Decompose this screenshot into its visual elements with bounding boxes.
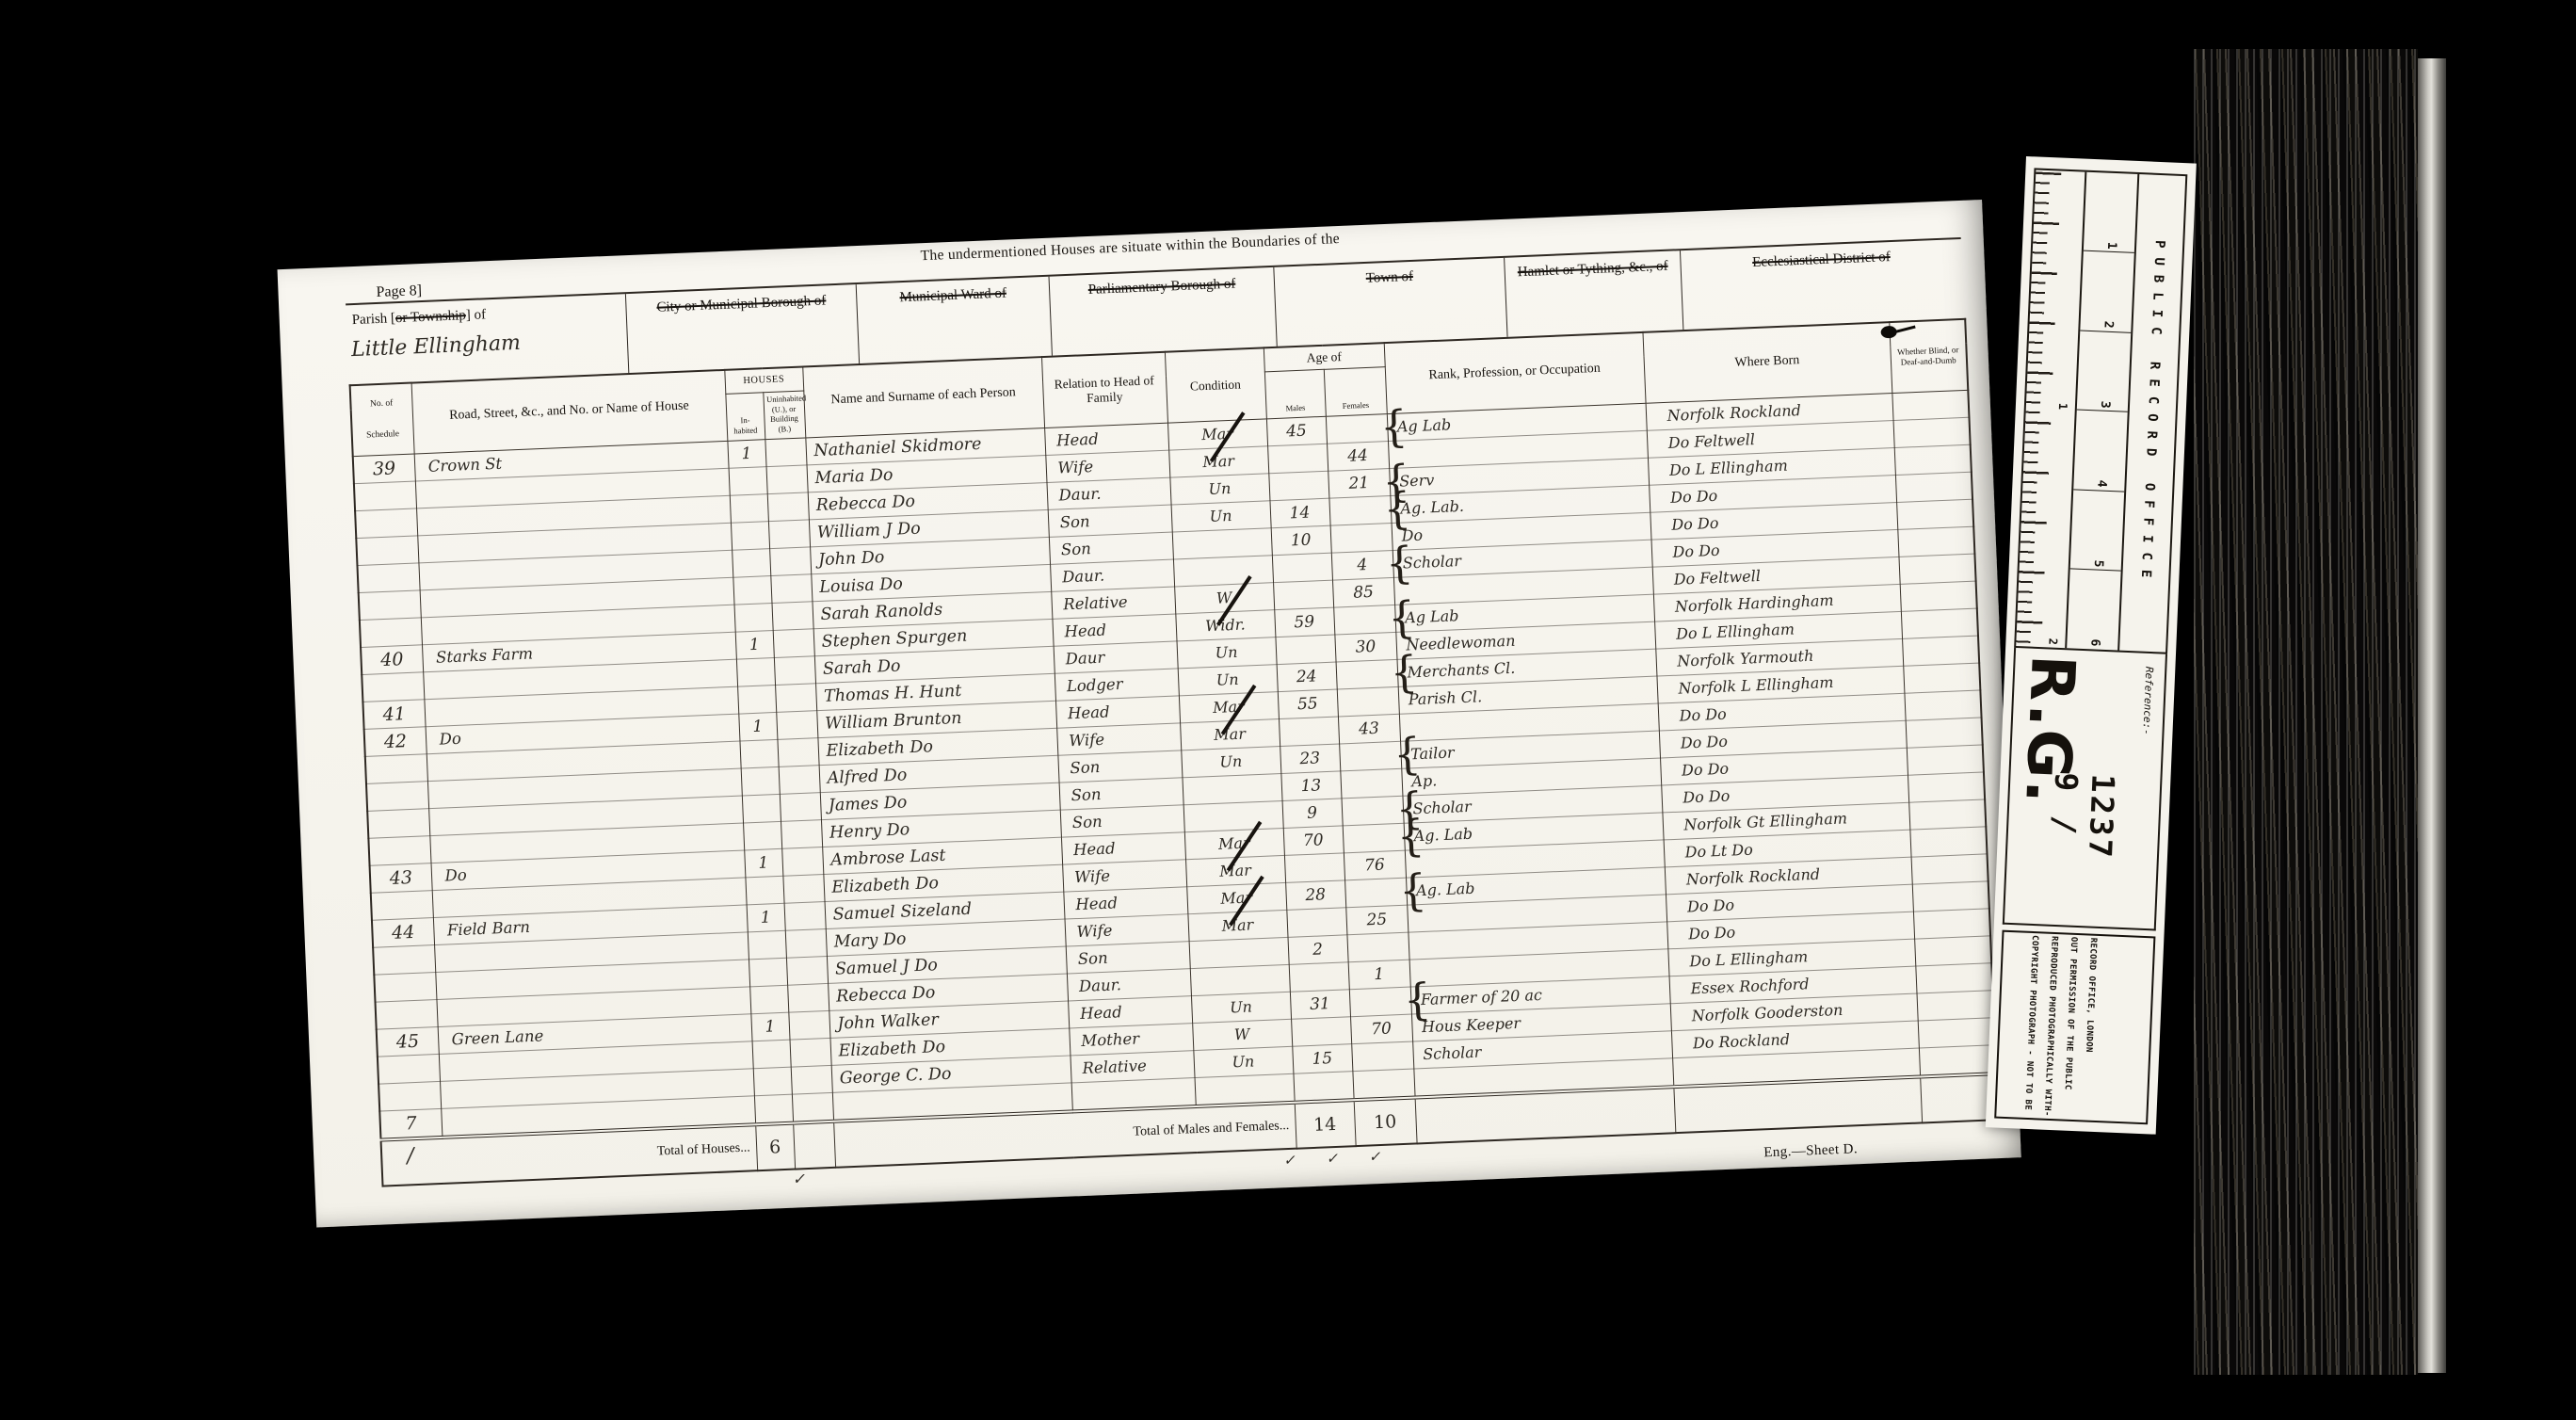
cell-age-male [1284,852,1344,882]
cell-uninhabited [787,983,829,1012]
cell-age-female [1346,932,1409,962]
cell-uninhabited [765,437,806,466]
cell-age-female [1333,605,1395,635]
cell-age-male [1273,580,1333,610]
cell-inhabited [734,603,773,632]
parish-name-handwritten: Little Ellingham [351,327,628,362]
cell-condition: W [1174,582,1274,613]
cell-schedule: 39 [353,454,415,484]
cell-condition: Mar [1167,418,1267,449]
photo-canvas: The undermentioned Houses are situate wi… [0,0,2576,1420]
cell-age-male: 70 [1283,825,1344,855]
cell-inhabited [733,575,771,605]
boundary-field: Hamlet or Tything, &c., of [1504,250,1682,337]
boundary-field-label: Parish [or Township] of [346,300,626,331]
cell-disability [1901,608,1978,638]
cell-age-female [1336,659,1398,689]
book-gutter [2194,49,2418,1375]
cell-age-female: 4 [1331,550,1393,580]
cell-age-male: 2 [1287,934,1347,964]
cell-schedule: 41 [362,699,425,729]
cell-condition: Un [1193,1046,1293,1077]
cell-condition [1182,773,1281,804]
ruler-major-ticks [2016,171,2061,645]
cell-age-female [1352,1069,1414,1100]
boundary-field: City or Municipal Borough of [625,284,859,373]
cell-age-male [1275,635,1335,665]
cell-disability [1908,771,1985,801]
cell-age-male: 9 [1282,798,1343,828]
cell-uninhabited [789,1038,830,1067]
cell-age-male: 55 [1278,689,1338,719]
boundary-field: Parish [or Township] ofLittle Ellingham [346,294,628,384]
cell-schedule [355,508,417,538]
cell-disability [1906,717,1983,747]
piece-number: 9 / 1237 [2042,771,2122,927]
cell-schedule [366,781,428,811]
cell-age-male [1289,961,1349,992]
cell-disability [1894,444,1972,475]
boundary-field-label: Hamlet or Tything, &c., of [1505,257,1681,282]
cell-uninhabited [774,655,815,685]
cell-inhabited [737,685,776,714]
cell-age-male: 14 [1269,498,1329,528]
col-header-males: Males [1264,369,1326,418]
cell-age-male: 15 [1292,1043,1352,1073]
cell-age-female [1328,495,1391,525]
cell-age-male: 31 [1290,989,1350,1019]
age-checkmarks: ✓ ✓ ✓ [1283,1147,1394,1169]
cell-schedule [378,1054,440,1084]
cell-disability [1904,690,1981,720]
cell-inhabited [730,493,768,523]
cell-schedule: 40 [361,644,423,674]
cell-disability [1915,962,1992,992]
cell-disability [1912,880,1989,911]
cell-blank [793,1121,835,1169]
cell-age-male [1267,444,1328,474]
cell-disability [1911,853,1988,883]
cell-schedule [375,999,437,1029]
col-header-condition: Condition [1165,347,1266,422]
col-header-uninhabited: Uninhabited (U.), or Building (B.) [763,391,805,439]
ruler: 1 2 123456 PUBLIC RECORD OFFICE [2014,168,2187,654]
cell-inhabited [754,1094,793,1124]
cell-schedule [365,753,427,783]
ruler-inch-label: 2 [2046,637,2059,645]
cell-disability [1909,826,1987,856]
cell-uninhabited [784,901,826,930]
cell-condition [1183,800,1283,831]
col-header-disability: Whether Blind, or Deaf-and-Dumb [1889,319,1968,393]
cell-condition: W [1192,1019,1292,1050]
cell-condition: Un [1176,637,1276,668]
cell-inhabited: 1 [750,1012,789,1041]
cell-inhabited [753,1067,792,1096]
boundary-field-label: Municipal Ward of [857,283,1050,310]
cell-age-male: 59 [1274,607,1334,637]
ruler-number-cell: 4 [2073,411,2127,492]
total-males-value: 14 [1295,1100,1356,1149]
cell-schedule [354,480,416,510]
cell-age-male [1272,553,1332,583]
col-header-name: Name and Surname of each Person [802,357,1044,437]
cell-condition: Un [1178,664,1278,695]
ruler-number-cell: 5 [2070,490,2124,572]
cell-schedule [368,835,430,865]
cell-schedule: 42 [364,726,427,756]
cell-inhabited: 1 [744,848,782,878]
cell-uninhabited [776,710,817,739]
cell-condition [1190,964,1290,995]
cell-age-male [1293,1071,1353,1102]
cell-age-female: 25 [1345,905,1408,935]
boundary-field-label: Town of [1275,265,1505,292]
cell-condition [1173,555,1273,586]
houses-checkmark: ✓ [792,1170,805,1188]
cell-uninhabited [780,792,821,821]
cell-uninhabited [766,464,808,493]
cell-age-male: 23 [1280,743,1340,773]
reference-label: Reference:- [2140,667,2155,735]
cell-uninhabited [792,1092,833,1122]
cell-age-female: 85 [1332,577,1394,607]
boundary-field-label: Parliamentary Borough of [1050,274,1275,301]
cell-schedule: 45 [377,1026,439,1057]
cell-age-female: 30 [1334,632,1396,662]
cell-age-female: 44 [1327,441,1389,471]
cell-disability [1893,417,1971,447]
cell-uninhabited [781,819,822,848]
cell-age-male: 45 [1266,416,1327,446]
cell-disability [1898,554,1975,584]
ruler-inch-label: 1 [2056,403,2069,411]
cell-schedule [373,944,435,975]
ruler-number: 3 [2098,400,2112,408]
cell-disability [1908,799,1986,829]
cell-inhabited [731,521,769,550]
cell-inhabited [741,766,780,796]
cell-disability [1892,390,1969,420]
reference-box: R.G. Reference:- 9 / 1237 [2003,648,2167,931]
cell-inhabited: 1 [735,630,774,659]
cell-schedule [367,808,429,838]
cell-schedule [357,562,419,592]
cell-inhabited [749,985,788,1014]
cell-uninhabited [782,874,824,903]
cell-condition: Un [1181,746,1280,777]
cell-age-female [1340,768,1402,799]
cell-disability [1903,663,1980,693]
cell-condition [1172,527,1272,558]
cell-uninhabited [785,928,827,958]
cell-disability [1897,526,1974,557]
ruler-number: 4 [2094,479,2108,487]
cell-inhabited [749,958,787,987]
cell-age-female: 70 [1350,1014,1412,1044]
spacer [355,408,410,430]
cell-age-female: 21 [1328,468,1390,498]
col-header-inhabited: In-habited [725,393,765,441]
cell-schedule [356,535,418,565]
office-name: PUBLIC RECORD OFFICE [2137,239,2166,587]
cell-age-female [1326,413,1388,444]
cell-disability [1914,935,1991,965]
cell-schedule [378,1081,441,1111]
cell-uninhabited [777,737,818,766]
col-header-relation: Relation to Head of Family [1041,352,1167,428]
cell-age-male [1286,907,1346,937]
cell-uninhabited [773,628,814,657]
census-table-body: 39Crown St1Nathaniel SkidmoreHeadMar45Ag… [353,390,1996,1139]
col-header-where-born: Where Born [1642,322,1892,403]
cell-schedule [359,589,421,620]
ruler-number-cell: 6 [2067,570,2120,651]
cell-age-female [1349,987,1411,1017]
col-header-road: Road, Street, &c., and No. or Name of Ho… [411,370,728,454]
col-header-schedule-bottom: Schedule [366,429,399,440]
cell-age-female: 1 [1348,960,1410,990]
cell-disability [1900,581,1977,611]
cell-age-female [1351,1041,1413,1072]
cell-schedule: 7 [379,1108,442,1139]
cell-uninhabited [767,492,809,521]
census-table: No. of Schedule Road, Street, &c., and N… [349,318,2000,1186]
cell-inhabited: 1 [727,439,765,468]
cell-disability [1902,636,1979,666]
cell-schedule [360,617,422,647]
cell-schedule [371,890,433,920]
cell-disability [1895,472,1972,502]
ruler-number: 6 [2087,638,2101,646]
col-header-schedule: No. of Schedule [350,383,414,457]
cell-inhabited [742,794,781,823]
col-header-houses-group: HOUSES [724,367,803,395]
cell-schedule: 43 [370,863,432,893]
cell-condition: Un [1191,992,1291,1023]
cell-condition: Mar [1186,882,1286,913]
cell-age-male: 10 [1271,525,1331,556]
ruler-number: 5 [2091,559,2105,567]
cell-age-female [1339,741,1401,771]
cell-age-female [1330,523,1393,553]
cell-condition: Un [1171,500,1271,531]
cell-inhabited [739,739,778,768]
total-houses-value: 6 [755,1122,795,1170]
cell-inhabited [729,466,767,495]
copyright-stamp: COPYRIGHT PHOTOGRAPH - NOT TO BEREPRODUC… [1994,930,2155,1125]
cell-disability [1907,744,1984,774]
cell-inhabited [736,657,775,686]
cell-uninhabited [771,601,813,630]
cell-uninhabited [775,683,816,712]
cell-inhabited [745,876,783,905]
cell-age-female [1341,796,1403,826]
cell-schedule [374,972,436,1002]
col-header-females: Females [1324,367,1387,416]
cell-uninhabited [786,956,828,985]
boundary-field: Ecclesiastical District of [1680,239,1964,330]
cell-age-male [1279,717,1339,747]
cell-condition [1195,1073,1295,1106]
cell-inhabited [748,930,786,960]
cell-disability [1916,990,1993,1020]
cell-age-male [1268,471,1328,501]
cell-age-male: 28 [1285,879,1345,910]
cell-disability [1896,499,1973,529]
boundary-field-label: City or Municipal Borough of [626,291,857,318]
boundary-field: Parliamentary Borough of [1049,267,1277,356]
cell-age-female [1343,823,1405,853]
cell-age-female [1344,878,1407,908]
cell-condition: Mar [1184,828,1284,859]
cell-age-male [1291,1016,1351,1046]
cell-uninhabited [768,519,810,548]
cell-uninhabited [769,546,811,575]
cell-inhabited: 1 [747,903,785,932]
census-sheet: The undermentioned Houses are situate wi… [278,200,2021,1227]
cell-age-female: 43 [1338,714,1400,744]
cell-uninhabited [788,1010,829,1040]
ruler-number: 2 [2101,321,2115,329]
cell-schedule: 44 [372,917,434,947]
cell-disability [1918,1017,1995,1047]
page-edge-highlight [2418,58,2446,1373]
cell-uninhabited [791,1065,832,1094]
col-header-occupation: Rank, Profession, or Occupation [1384,332,1646,413]
cell-condition: Mar [1179,691,1279,722]
cell-age-female: 76 [1344,850,1406,880]
col-header-schedule-top: No. of [370,398,394,409]
page-number: Page 8] [376,282,422,301]
cell-age-female [1337,686,1399,717]
cell-inhabited: 1 [738,712,777,741]
cell-condition [1189,937,1289,968]
sheet-label: Eng.—Sheet D. [1763,1141,1858,1161]
ruler-number: 1 [2104,241,2118,249]
cell-disability [1913,908,1990,938]
ruler-number-cell: 1 [2084,172,2137,254]
cell-inhabited [732,548,770,577]
pro-reference-card: 1 2 123456 PUBLIC RECORD OFFICE R.G. Ref… [1986,156,2197,1135]
cell-uninhabited [779,765,820,794]
ruler-number-cell: 2 [2080,251,2133,333]
cell-schedule [362,671,424,702]
cell-inhabited [743,821,781,850]
ruler-number-cell: 3 [2077,331,2131,412]
boundary-field: Town of [1273,258,1506,347]
boundary-field: Municipal Ward of [856,277,1052,363]
cell-age-male: 24 [1277,662,1337,692]
cell-uninhabited [770,573,812,603]
cell-condition: Un [1169,473,1269,504]
cell-inhabited [752,1040,791,1069]
cell-age-male: 13 [1280,770,1341,800]
total-females-value: 10 [1354,1097,1417,1146]
boundary-field-label: Ecclesiastical District of [1681,246,1962,276]
margin-tally-mark: / [407,1144,414,1168]
ink-blot-icon [1880,326,1897,339]
cell-uninhabited [781,847,823,876]
cell-disability [1919,1044,1996,1076]
col-header-disability-label: Whether Blind, or Deaf-and-Dumb [1897,345,1959,366]
